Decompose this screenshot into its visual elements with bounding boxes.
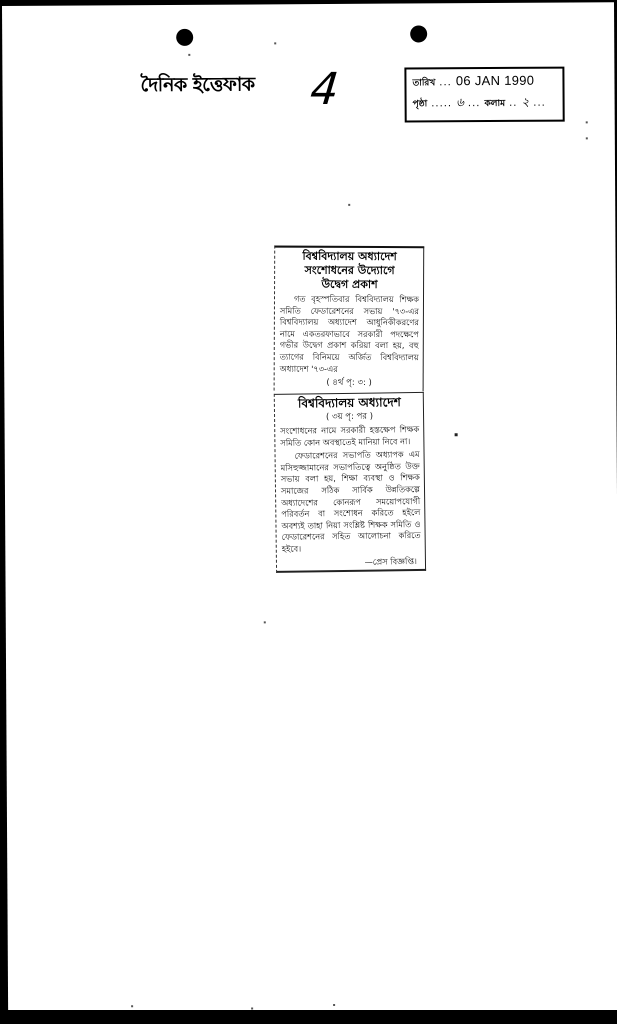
- scan-speck: [586, 121, 588, 123]
- stamp-date-value: 06 JAN 1990: [456, 73, 535, 88]
- newspaper-name: দৈনিক ইত্তেফাক: [140, 70, 254, 103]
- stamp-date-label: তারিখ: [412, 75, 435, 90]
- article-body: গত বৃহস্পতিবার বিশ্ববিদ্যালয় শিক্ষক সমি…: [280, 294, 419, 376]
- continued-headline: বিশ্ববিদ্যালয় অধ্যাদেশ: [280, 395, 419, 412]
- stamp-dots: ...: [468, 98, 481, 109]
- headline-line-1: বিশ্ববিদ্যালয় অধ্যাদেশ: [280, 250, 419, 265]
- stamp-column-label: কলাম: [484, 96, 505, 111]
- punch-hole-left: [176, 29, 193, 46]
- handwritten-number: 4: [308, 64, 341, 115]
- scan-speck: [264, 621, 266, 623]
- scan-speck: [188, 54, 190, 56]
- stamp-dots: ...: [533, 98, 546, 109]
- stamp-page-row: পৃষ্ঠা ..... ৬ ... কলাম .. ২ ...: [413, 94, 557, 116]
- date-stamp: তারিখ ... 06 JAN 1990 পৃষ্ঠা ..... ৬ ...…: [404, 67, 564, 123]
- headline-line-2: সংশোধনের উদ্যোগে: [280, 264, 419, 279]
- stamp-dots: .....: [431, 98, 452, 109]
- stamp-page-value: ৬: [456, 94, 464, 114]
- scan-speck: [455, 433, 458, 436]
- clipping-part-2: বিশ্ববিদ্যালয় অধ্যাদেশ ( ৩য় পৃ: পর ) স…: [274, 392, 426, 573]
- headline-line-3: উদ্বেগ প্রকাশ: [280, 278, 419, 293]
- scan-speck: [274, 42, 276, 44]
- clipping-part-1: বিশ্ববিদ্যালয় অধ্যাদেশ সংশোধনের উদ্যোগে…: [274, 246, 425, 392]
- punch-hole-right: [410, 25, 427, 42]
- scan-border-bottom: [0, 1010, 617, 1024]
- stamp-dots: ...: [439, 77, 452, 88]
- scan-speck: [586, 137, 588, 139]
- article-paragraph-2: ফেডারেশনের সভাপতি অধ্যাপক এম মসিহুজ্জামা…: [281, 449, 421, 555]
- stamp-page-label: পৃষ্ঠা: [413, 96, 428, 111]
- stamp-date-row: তারিখ ... 06 JAN 1990: [412, 73, 556, 95]
- stamp-column-value: ২: [521, 94, 529, 114]
- stamp-dots: ..: [509, 98, 517, 109]
- continued-from-note: ( ৩য় পৃ: পর ): [280, 410, 419, 424]
- scan-speck: [333, 1004, 335, 1006]
- scanned-page: দৈনিক ইত্তেফাক 4 তারিখ ... 06 JAN 1990 প…: [2, 2, 617, 1014]
- scan-speck: [348, 204, 350, 206]
- newspaper-clipping: বিশ্ববিদ্যালয় অধ্যাদেশ সংশোধনের উদ্যোগে…: [273, 245, 425, 572]
- press-release-signature: —প্রেস বিজ্ঞপ্তি।: [282, 556, 421, 569]
- continuation-note: ( ৪র্থ পৃ: ৩: ): [280, 377, 419, 390]
- article-paragraph-1: সংশোধনের নামে সরকারী হস্তক্ষেপ শিক্ষক সম…: [280, 424, 419, 449]
- scan-speck: [131, 1005, 133, 1007]
